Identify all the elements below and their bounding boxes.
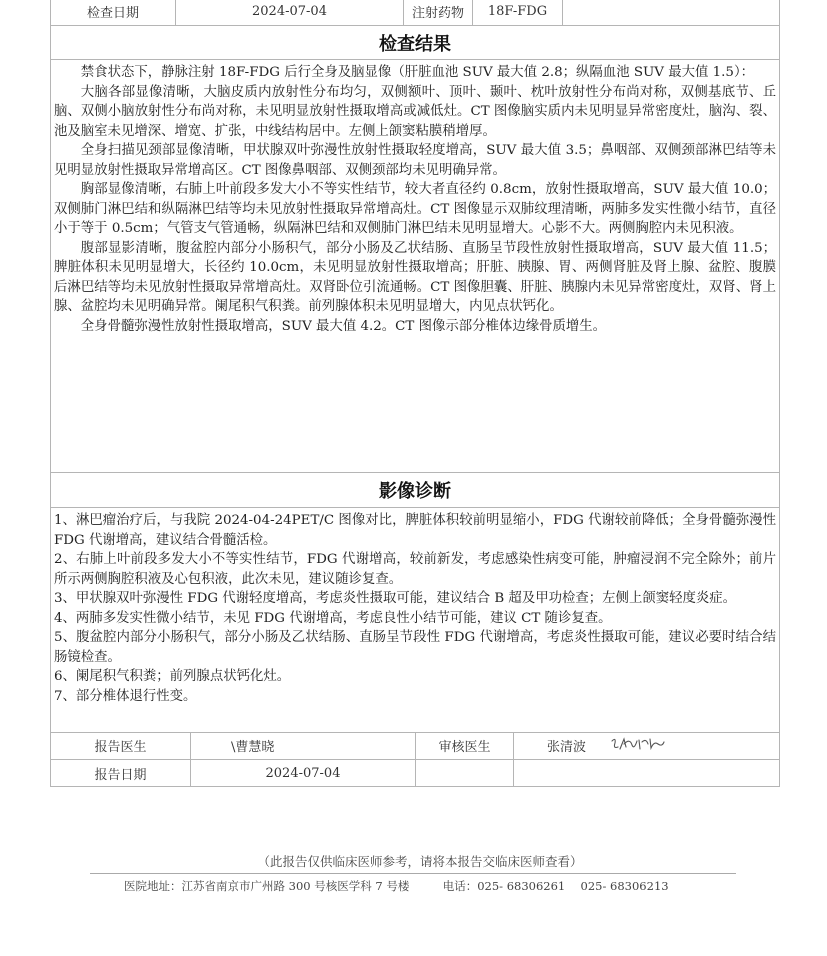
tracer-label: 注射药物 xyxy=(404,0,473,25)
findings-paragraph-brain: 大脑各部显像清晰，大脑皮质内放射性分布均匀，双侧额叶、顶叶、颞叶、枕叶放射性分布… xyxy=(54,83,776,142)
review-doctor-name: 张清波 xyxy=(547,736,586,755)
phone-number-1: 025- 68306261 xyxy=(477,879,565,893)
extra-value xyxy=(563,0,779,25)
exam-date-value: 2024-07-04 xyxy=(176,0,404,25)
findings-paragraph-abdomen: 腹部显影清晰，腹盆腔内部分小肠积气，部分小肠及乙状结肠、直肠呈节段性放射性摄取增… xyxy=(54,239,776,317)
diagnosis-item: 3、甲状腺双叶弥漫性 FDG 代谢轻度增高，考虑炎性摄取可能，建议结合 B 超及… xyxy=(54,589,776,609)
diagnosis-item: 1、淋巴瘤治疗后，与我院 2024-04-24PET/C 图像对比，脾脏体积较前… xyxy=(54,511,776,550)
diagnosis-item: 7、部分椎体退行性变。 xyxy=(54,687,776,707)
signature-scribble-icon xyxy=(610,735,666,753)
empty-cell xyxy=(514,760,779,786)
findings-paragraph-bone: 全身骨髓弥漫性放射性摄取增高，SUV 最大值 4.2。CT 图像示部分椎体边缘骨… xyxy=(54,317,776,337)
footer-address-line: 医院地址：江苏省南京市广州路 300 号核医学科 7 号楼 电话：025- 68… xyxy=(124,878,744,894)
report-doctor-label: 报告医生 xyxy=(51,732,191,760)
review-doctor-label: 审核医生 xyxy=(416,732,514,760)
findings-intro: 禁食状态下，静脉注射 18F-FDG 后行全身及脑显像（肝脏血池 SUV 最大值… xyxy=(54,63,776,83)
diagnosis-item: 2、右肺上叶前段多发大小不等实性结节，FDG 代谢增高，较前新发，考虑感染性病变… xyxy=(54,550,776,589)
findings-paragraph-chest: 胸部显像清晰，右肺上叶前段多发大小不等实性结节，较大者直径约 0.8cm，放射性… xyxy=(54,180,776,239)
footer-divider xyxy=(90,873,736,874)
signature-table: 报告医生 \曹慧晓 审核医生 张清波 报告日期 2024-07-04 xyxy=(50,732,780,787)
phone-label: 电话： xyxy=(443,879,478,893)
diagnosis-list: 1、淋巴瘤治疗后，与我院 2024-04-24PET/C 图像对比，脾脏体积较前… xyxy=(54,511,776,706)
diagnosis-title: 影像诊断 xyxy=(51,472,779,508)
report-date-value: 2024-07-04 xyxy=(191,760,416,786)
findings-section: 检查结果 禁食状态下，静脉注射 18F-FDG 后行全身及脑显像（肝脏血池 SU… xyxy=(50,26,780,473)
report-doctor-name: \曹慧晓 xyxy=(231,736,274,755)
review-doctor-value: 张清波 xyxy=(514,732,779,760)
diagnosis-item: 4、两肺多发实性微小结节，未见 FDG 代谢增高，考虑良性小结节可能，建议 CT… xyxy=(54,609,776,629)
findings-title: 检查结果 xyxy=(51,26,779,60)
handwritten-signature xyxy=(610,735,666,757)
phone-number-2: 025- 68306213 xyxy=(581,879,669,893)
diagnosis-section: 影像诊断 1、淋巴瘤治疗后，与我院 2024-04-24PET/C 图像对比，脾… xyxy=(50,472,780,733)
diagnosis-item: 6、阑尾积气积粪；前列腺点状钙化灶。 xyxy=(54,667,776,687)
findings-body: 禁食状态下，静脉注射 18F-FDG 后行全身及脑显像（肝脏血池 SUV 最大值… xyxy=(54,63,776,336)
info-row: 检查日期 2024-07-04 注射药物 18F-FDG xyxy=(50,0,780,26)
empty-cell xyxy=(416,760,514,786)
report-date-label: 报告日期 xyxy=(51,760,191,786)
hospital-address: 医院地址：江苏省南京市广州路 300 号核医学科 7 号楼 xyxy=(124,879,409,893)
diagnosis-item: 5、腹盆腔内部分小肠积气，部分小肠及乙状结肠、直肠呈节段性 FDG 代谢增高，考… xyxy=(54,628,776,667)
footer-note: （此报告仅供临床医师参考，请将本报告交临床医师查看） xyxy=(90,852,750,870)
exam-date-label: 检查日期 xyxy=(51,0,176,25)
tracer-value: 18F-FDG xyxy=(473,0,563,25)
findings-paragraph-neck: 全身扫描见颈部显像清晰，甲状腺双叶弥漫性放射性摄取轻度增高，SUV 最大值 3.… xyxy=(54,141,776,180)
report-doctor-value: \曹慧晓 xyxy=(191,732,416,760)
